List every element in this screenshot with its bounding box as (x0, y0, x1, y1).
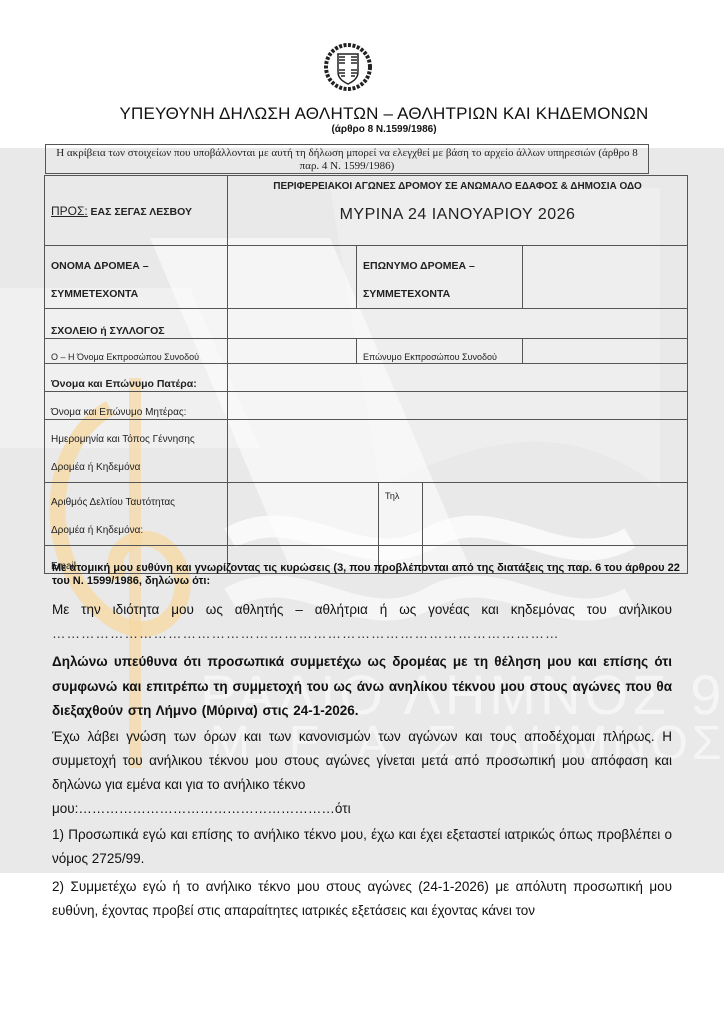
item-1: 1) Προσωπικά εγώ και επίσης το ανήλικο τ… (52, 823, 672, 871)
id-number-label: Αριθμός Δελτίου Ταυτότητας Δρομέα ή Κηδε… (45, 483, 228, 546)
capacity-statement: Με την ιδιότητα μου ως αθλητής – αθλήτρι… (52, 598, 672, 622)
escort-first-name-label: Ο – Η Όνομα Εκπροσώπου Συνοδού (45, 339, 228, 364)
greek-coat-of-arms-icon (323, 42, 373, 92)
school-or-club-input[interactable] (228, 309, 688, 339)
phone-input[interactable] (423, 483, 688, 546)
escort-last-name-input[interactable] (523, 339, 688, 364)
escort-first-name-input[interactable] (228, 339, 357, 364)
terms-blank-line[interactable]: μου:…………………………………………………ότι (52, 797, 672, 821)
runner-first-name-input[interactable] (228, 246, 357, 309)
terms-statement: Έχω λάβει γνώση των όρων και των κανονισ… (52, 725, 672, 797)
mother-name-input[interactable] (228, 392, 688, 420)
accuracy-note: Η ακρίβεια των στοιχείων που υποβάλλοντα… (45, 144, 649, 174)
event-title: ΠΕΡΙΦΕΡΕΙΑΚΟΙ ΑΓΩΝΕΣ ΔΡΟΜΟΥ ΣΕ ΑΝΩΜΑΛΟ Ε… (273, 181, 642, 192)
father-name-label: Όνομα και Επώνυμο Πατέρα: (45, 364, 228, 392)
event-header-cell: ΠΕΡΙΦΕΡΕΙΑΚΟΙ ΑΓΩΝΕΣ ΔΡΟΜΟΥ ΣΕ ΑΝΩΜΑΛΟ Ε… (228, 176, 688, 246)
page-subtitle: (άρθρο 8 Ν.1599/1986) (0, 124, 724, 135)
birth-date-place-input[interactable] (228, 420, 688, 483)
recipient-value: ΕΑΣ ΣΕΓΑΣ ΛΕΣΒΟΥ (91, 206, 192, 218)
page-title: ΥΠΕΥΘΥΝΗ ΔΗΛΩΣΗ ΑΘΛΗΤΩΝ – ΑΘΛΗΤΡΙΩΝ ΚΑΙ … (0, 104, 724, 124)
event-date: ΜΥΡΙΝΑ 24 ΙΑΝΟΥΑΡΙΟΥ 2026 (234, 207, 681, 223)
escort-last-name-label: Επώνυμο Εκπροσώπου Συνοδού (357, 339, 523, 364)
school-or-club-label: ΣΧΟΛΕΙΟ ή ΣΥΛΛΟΓΟΣ (45, 309, 228, 339)
recipient-label: ΠΡΟΣ: (51, 204, 88, 218)
mother-name-label: Όνομα και Επώνυμο Μητέρας: (45, 392, 228, 420)
participation-statement: Δηλώνω υπεύθυνα ότι προσωπικά συμμετέχω … (52, 650, 672, 724)
phone-label: Τηλ (379, 483, 423, 546)
declaration-form-table: ΠΡΟΣ: ΕΑΣ ΣΕΓΑΣ ΛΕΣΒΟΥ ΠΕΡΙΦΕΡΕΙΑΚΟΙ ΑΓΩ… (44, 175, 688, 574)
id-number-input[interactable] (228, 483, 379, 546)
capacity-blank-line[interactable]: …………………………………………………………………………………………… (52, 622, 672, 646)
declaration-intro: Με ατομική μου ευθύνη και γνωρίζοντας τι… (52, 562, 682, 588)
birth-date-place-label: Ημερομηνία και Τόπος Γέννησης Δρομέα ή Κ… (45, 420, 228, 483)
runner-last-name-label: ΕΠΩΝΥΜΟ ΔΡΟΜΕΑ – ΣΥΜΜΕΤΕΧΟΝΤΑ (357, 246, 523, 309)
runner-first-name-label: ΟΝΟΜΑ ΔΡΟΜΕΑ – ΣΥΜΜΕΤΕΧΟΝΤΑ (45, 246, 228, 309)
item-2: 2) Συμμετέχω εγώ ή το ανήλικο τέκνο μου … (52, 875, 672, 923)
father-name-input[interactable] (228, 364, 688, 392)
runner-last-name-input[interactable] (523, 246, 688, 309)
recipient-cell: ΠΡΟΣ: ΕΑΣ ΣΕΓΑΣ ΛΕΣΒΟΥ (45, 176, 228, 246)
